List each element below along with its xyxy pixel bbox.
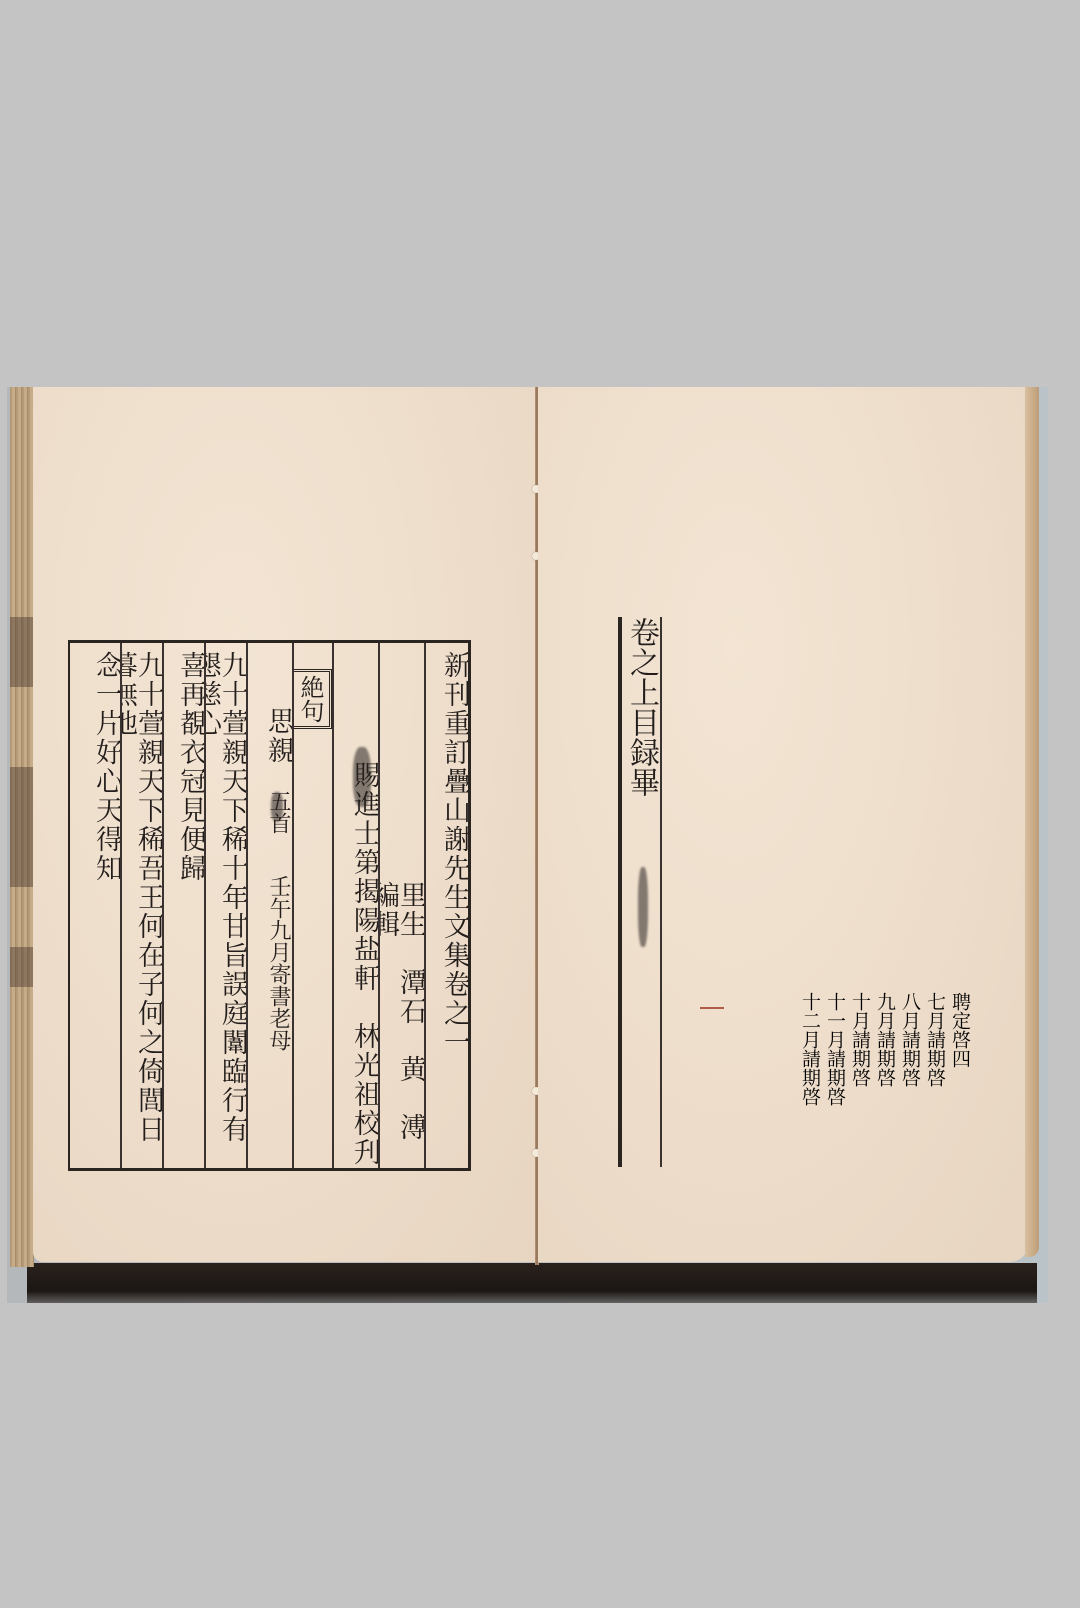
section-heading-jueju: 絶句	[292, 669, 332, 729]
text-column-poem-1b: 喜再覩衣冠見便歸	[162, 643, 204, 1168]
left-page: 新刊重訂疊山謝先生文集卷之一 里生 潭石 黄 溥編輯 賜進士第揭陽盐軒 林光祖校…	[33, 387, 537, 1262]
right-page: 卷之上目録畢 謝恵酷啓 賀蔡芳原判鎮為道士啓 状 聘啓 回定啓五 回啓 回	[538, 387, 1028, 1262]
monthly-entries: 聘定啓四 七月請期啓 八月請期啓 九月請期啓 十月請期啓 十一月請期啓 十二月請…	[800, 992, 969, 1106]
text-column-section: 絶句	[292, 643, 332, 1168]
text-column-poem-1a: 九十萱親天下稀十年甘旨誤庭闈臨行有懇慈心	[204, 643, 246, 1168]
text-column-editor: 里生 潭石 黄 溥編輯	[378, 643, 424, 1168]
text-column-proofreader: 賜進士第揭陽盐軒 林光祖校刋	[332, 643, 378, 1168]
red-ink-mark	[700, 1007, 724, 1009]
book-shadow	[27, 1263, 1037, 1303]
book-photo: 新刊重訂疊山謝先生文集卷之一 里生 潭石 黄 溥編輯 賜進士第揭陽盐軒 林光祖校…	[7, 387, 1048, 1303]
text-column-poem-title: 思親 五首 壬午九月寄書老母	[246, 643, 292, 1168]
book-fore-edge	[1025, 387, 1039, 1257]
text-column-title: 新刊重訂疊山謝先生文集卷之一	[424, 643, 468, 1168]
book-block-edge	[10, 387, 34, 1267]
text-column-poem-2a: 九十萱親天下稀吾王何在子何之倚閭日暮無他	[120, 643, 162, 1168]
text-column-poem-2b: 念一片好心天得知	[76, 643, 120, 1168]
left-print-frame: 新刊重訂疊山謝先生文集卷之一 里生 潭石 黄 溥編輯 賜進士第揭陽盐軒 林光祖校…	[68, 640, 471, 1171]
